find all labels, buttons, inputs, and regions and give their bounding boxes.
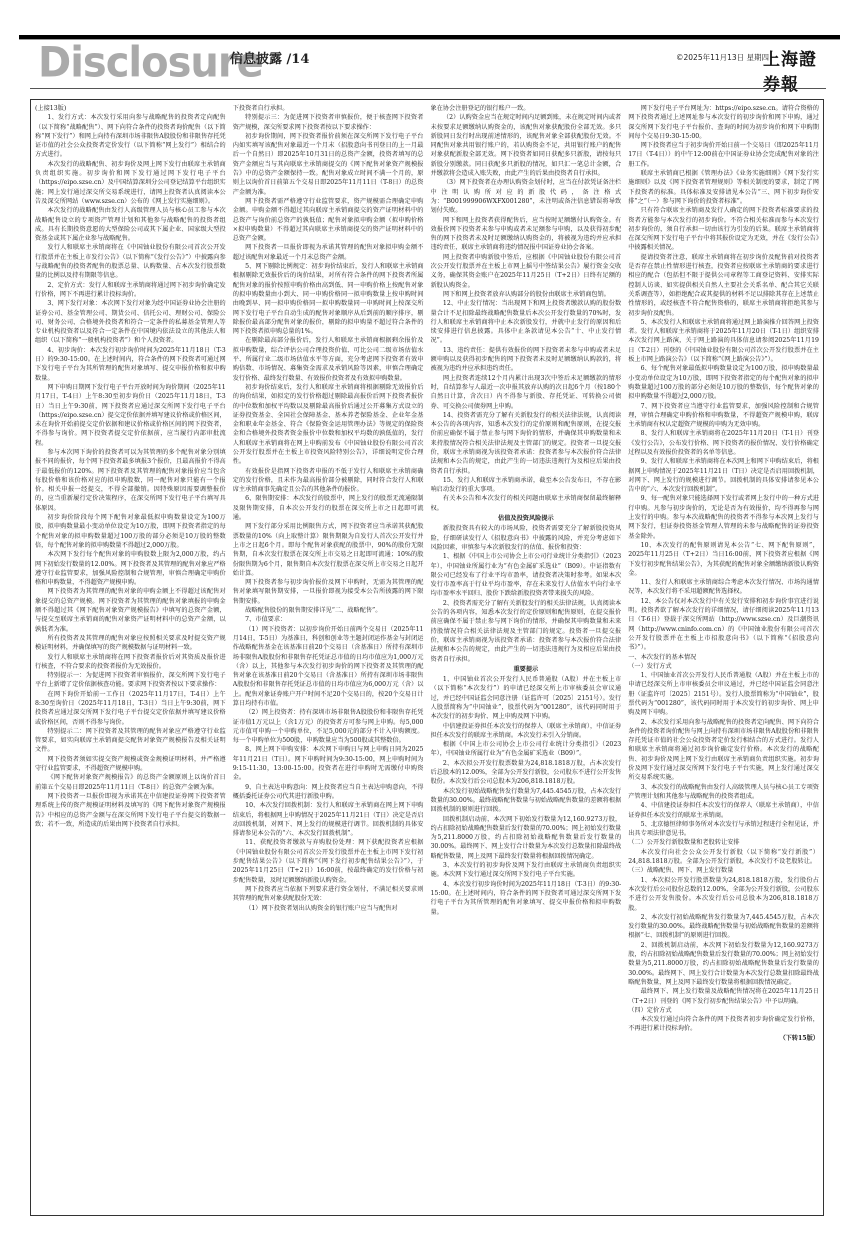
- body-paragraph: 在网下询价开始前一工作日（2025年11月17日，T-4日）上午8:30至询价日…: [35, 690, 226, 727]
- body-paragraph: 中信建投证券担任本次发行的保荐人（联席主承销商），中信证券担任本次发行的联席主承…: [431, 722, 622, 741]
- body-paragraph: 网下发行部分采用比例限售方式，网下投资者应当承诺其获配股票数量的10%（向上取整…: [233, 522, 424, 578]
- subheading-paragraph: (上接13版): [35, 104, 226, 113]
- body-paragraph: 本次网下发行每个配售对象的申购股数上限为2,000万股，约占网下初始发行数量的1…: [35, 550, 226, 587]
- body-paragraph: 11、发行人和联席主承销商综合考虑本次发行情况、市场沟通情况等，本次发行将不采用…: [628, 578, 819, 597]
- subheading-paragraph: （一）发行方式: [628, 662, 819, 671]
- body-paragraph: 5、网下剔除比例规定：初步询价结束后，发行人和联席主承销商根据剔除无效报价后的询…: [233, 262, 424, 336]
- body-paragraph: 只有符合联席主承销商及发行人确定的网下投资者标准要求的投资者方能参与本次发行的初…: [628, 206, 819, 252]
- body-paragraph: 8、网上网下申购安排：本次网下申购日与网上申购日同为2025年11月21日（T日…: [233, 745, 424, 782]
- body-paragraph: 15、发行人和联席主承销商承诺，截至本公告发布日，不存在影响启动发行的重大事项。: [431, 476, 622, 495]
- body-paragraph: 2、定价方式：发行人和联席主承销商将通过网下初步询价确定发行价格，网下不再进行累…: [35, 281, 226, 300]
- body-paragraph: 5、北京德恒律师事务所对本次发行与承销过程进行全程见证，并出具专项法律意见书。: [628, 820, 819, 839]
- subheading-paragraph: 一、本次发行的基本情况: [628, 653, 819, 662]
- body-paragraph: 5、本次发行人和联席主承销商将通过网上路演推介回答网上投资者。发行人和联席主承销…: [628, 318, 819, 364]
- body-paragraph: 10、本次发行的配售原则请见本公告“七、网下配售原则”，2025年11月25日（…: [628, 541, 819, 578]
- body-paragraph: 网下和网上投资者放弃认购部分的股份由联席主承销商包销。: [431, 290, 622, 299]
- body-paragraph: 4、初步询价：本次发行初步询价时间为2025年11月18日（T-3日）的9:30…: [35, 346, 226, 383]
- section-label: 信息披露 /14: [230, 48, 309, 67]
- body-paragraph: 本次发行向社会公众公开发行新股（以下简称“发行新股”）24,818.1818万股…: [628, 848, 819, 867]
- column-2: 下投资者自行承担。特别提示三：为促进网下投资者审慎报价，便于核查网下投资者资产规…: [233, 104, 424, 1211]
- body-paragraph: 初步询价期间，网下投资者报价前须在深交所网下发行电子平台内如实填写该配售对象最近…: [233, 132, 424, 197]
- body-paragraph: 7、网下投资者应当遵守行业监管要求，加强风险控制和合规管理，审慎合理确定申购价格…: [628, 402, 819, 430]
- body-paragraph: 特别提示二：网下投资者及其管理的配售对象应严格遵守行业监管要求，如实向联席主承销…: [35, 727, 226, 755]
- body-paragraph: 1、发行方式：本次发行采用向参与战略配售的投资者定向配售（以下简称“战略配售”）…: [35, 113, 226, 159]
- body-paragraph: 7、市值要求：: [233, 615, 424, 624]
- issue-date: ©2025年11月13日 星期四: [676, 52, 769, 63]
- body-paragraph: 《网下配售对象资产规模报告》的总资产金额原则上以询价首日前第五个交易日即2025…: [35, 773, 226, 792]
- body-paragraph: 12、中止发行情况：当出现网下和网上投资者缴款认购的股份数量合计不足扣除最终战略…: [431, 299, 622, 345]
- column-3: 象在协会注册登记的银行账户一致。（2）认购资金应当在规定时间内足额到账，未在规定…: [431, 104, 622, 1211]
- announcement-frame: (上接13版)1、发行方式：本次发行采用向参与战略配售的投资者定向配售（以下简称…: [30, 99, 824, 1216]
- subheading-paragraph: （四）定价方式: [628, 1006, 819, 1015]
- masthead-rule: [30, 88, 826, 89]
- subheading-paragraph: 象在协会注册登记的银行账户一致。: [431, 104, 622, 113]
- body-paragraph: 有效报价是指网下投资者申报的不低于发行人和联席主承销商确定的发行价格，且未作为最…: [233, 467, 424, 495]
- body-paragraph: 最终网下、网上发行数量及战略配售情况将在2025年11月25日（T+2日）刊登的…: [628, 987, 819, 1006]
- body-paragraph: 在剔除最高部分报价后，发行人和联席主承销商根据剩余报价及拟申购数量，综合评估公司…: [233, 336, 424, 382]
- body-paragraph: 联席主承销商已根据《管理办法》《业务实施细则》《网下发行实施细则》以及《网下投资…: [628, 169, 819, 206]
- body-paragraph: 1、中国铀业首次公开发行人民币普通股（A股）并在主板上市的申请已经深交所上市审核…: [628, 671, 819, 717]
- body-paragraph: 13、违约责任：提供有效报价的网下投资者未参与申购或者未足额申购以及获得初步配售…: [431, 346, 622, 374]
- subheading-paragraph: （二）公开发行新股数量和老股转让安排: [628, 838, 819, 847]
- body-paragraph: 网下投资者为其管理的配售对象的申购金额上不得超过该配售对象提交的总资产规模。网下…: [35, 587, 226, 633]
- body-paragraph: 2、本次发行采用向参与战略配售的投资者定向配售、网下向符合条件的投资者询价配售与…: [628, 718, 819, 783]
- body-paragraph: 9、发行人和联席主承销商将在本次网上和网下申购结束后，将根据网上申购情况于202…: [628, 457, 819, 494]
- body-paragraph: 1、根据《中国上市公司协会上市公司行业统计分类指引》（2023年），中国铀业所属…: [431, 552, 622, 598]
- body-paragraph: 9、每一配售对象只能选择网下发行或者网上发行中的一种方式进行申购。凡参与初步询价…: [628, 494, 819, 540]
- body-paragraph: 本次发行通过向符合条件的网下投资者初步询价确定发行价格，不再进行累计投标询价。: [628, 1015, 819, 1034]
- body-paragraph: 提请投资者注意，联席主承销商将在初步询价及配售前对投资者是否存在禁止性情形进行核…: [628, 253, 819, 318]
- body-paragraph: 网下投资者应当于初步询价开始日前一个交易日（即2025年11月17日（T-4日）…: [628, 141, 819, 169]
- body-paragraph: 3、网下发行对象：本次网下发行对象为经中国证券业协会注册的证券公司、基金管理公司…: [35, 299, 226, 345]
- body-paragraph: 战略配售股份的限售期安排详见“二、战略配售”。: [233, 606, 424, 615]
- body-paragraph: 本次发行初始战略配售发行数量为7,445.4545万股，占本次发行数量的30.0…: [431, 787, 622, 815]
- column-1: (上接13版)1、发行方式：本次发行采用向参与战略配售的投资者定向配售（以下简称…: [35, 104, 226, 1211]
- body-paragraph: 根据《中国上市公司协会上市公司行业统计分类指引》（2023年），中国铀业所属行业…: [431, 740, 622, 759]
- body-paragraph: 8、发行人和联席主承销商将在2025年11月20日（T-1日）刊登《发行公告》，…: [628, 429, 819, 457]
- subheading-paragraph: 下投资者自行承担。: [233, 104, 424, 113]
- body-paragraph: 11、获配投资者缴款与弃购股份处理：网下获配投资者应根据《中国铀业股份有限公司首…: [233, 838, 424, 884]
- body-paragraph: 2、本次拟公开发行股票数量为24,818.1818万股，占本次发行后总股本的12…: [431, 759, 622, 787]
- body-paragraph: 有关本公告和本次发行的相关问题由联席主承销商保留最终解释权。: [431, 494, 622, 513]
- body-paragraph: 发行人和联席主承销商将在《中国铀业股份有限公司首次公开发行股票并在主板上市发行公…: [35, 243, 226, 280]
- body-paragraph: 网上投资者连续12个月内累计出现3次中签后未足额缴款的情形时，自结算参与人最近一…: [431, 374, 622, 411]
- body-paragraph: 初步询价阶段每个网下配售对象最低拟申购数量设定为100万股，拟申购数量最小变动单…: [35, 513, 226, 550]
- body-paragraph: （3）网下投资者在办理认购资金划付时，应当在付款凭证备注栏中注明认购所对应的新股…: [431, 178, 622, 215]
- body-paragraph: 回拨机制启动前，本次网下初始发行数量为12,160.9273万股，约占扣除初始战…: [431, 815, 622, 861]
- section-heading: 估值及投资风险提示: [431, 514, 622, 523]
- body-paragraph: 初步询价结束后，发行人和联席主承销商将根据剔除无效报价后的询价结果，如拟定的发行…: [233, 383, 424, 467]
- body-paragraph: 网下申购日期网下发行电子平台开放时间为询价期间（2025年11月17日，T-4日…: [35, 383, 226, 448]
- column-4: 网下发行电子平台网址为：https://eipo.szse.cn。请符合资格的网…: [628, 104, 819, 1211]
- section-heading: 重要提示: [431, 665, 622, 674]
- body-paragraph: 特别提示一：为促进网下投资者审慎报价，深交所网下发行电子平台上新增了定价依据核查…: [35, 671, 226, 690]
- body-paragraph: 3、本次发行的初步询价及网下发行由联席主承销商负责组织实施。本次网下发行通过深交…: [431, 861, 622, 880]
- body-paragraph: （1）网下投资者：以初步询价开始日前两个交易日（2025年11月14日，T-5日…: [233, 625, 424, 709]
- body-paragraph: 特别提示三：为促进网下投资者审慎报价，便于核查网下投资者资产规模，深交所要求网下…: [233, 113, 424, 132]
- continued-on-tag: （下转15版）: [628, 1034, 819, 1043]
- body-paragraph: 1、中国铀业首次公开发行人民币普通股（A股）并在主板上市（以下简称“本次发行”）…: [431, 675, 622, 721]
- body-paragraph: 2、投资者需充分了解有关新股发行的相关法律法规，认真阅读本公告的各项内容，知悉本…: [431, 599, 622, 664]
- body-paragraph: 发行人和联席主承销商将在网下投资者报价后对其资质及报价进行核查，不符合要求的投资…: [35, 653, 226, 672]
- body-paragraph: 网下投资者应当依据下列要求进行资金划付，不满足相关要求则其管理的配售对象获配股份…: [233, 885, 424, 904]
- body-paragraph: 4、中信建投证券担任本次发行的保荐人（联席主承销商），中信证券担任本次发行的联席…: [628, 801, 819, 820]
- body-paragraph: 网下投资者参与初步询价报价及网下申购时，无需为其管理的配售对象填写限售期安排，一…: [233, 578, 424, 606]
- body-paragraph: （1）网下投资者划出认购资金的银行账户应当与配售对: [233, 904, 424, 913]
- subheading-paragraph: （三）战略配售、网下、网上发行数量: [628, 866, 819, 875]
- body-paragraph: 9、自主表达申购意向：网上投资者应当自主表达申购意向，不得概括委托证券公司代其进…: [233, 783, 424, 802]
- body-paragraph: 网下投资者一旦报价即视为承诺其在中信建投证券网下投资者管理系统上传的资产规模证明…: [35, 792, 226, 829]
- body-paragraph: 网下投资者需严格遵守行业监管要求，资产规模需合理确定申购金额。申购金额不得超过其…: [233, 197, 424, 243]
- body-paragraph: 10、本次发行回拨机制：发行人和联席主承销商在网上网下申购结束后，将根据网上申购…: [233, 801, 424, 838]
- body-paragraph: 2、回拨机制启动前，本次网下初始发行数量为12,160.9273万股，约占扣除初…: [628, 941, 819, 987]
- body-paragraph: 6、限售期安排：本次发行的股票中，网上发行的股票无流通限制及限售期安排，自本次公…: [233, 494, 424, 522]
- body-paragraph: 所有投资者及其管理的配售对象应按照相关要求及时提交资产规模证明材料，并确保填写的…: [35, 634, 226, 653]
- body-paragraph: 网下发行电子平台网址为：https://eipo.szse.cn。请符合资格的网…: [628, 104, 819, 141]
- columns: (上接13版)1、发行方式：本次发行采用向参与战略配售的投资者定向配售（以下简称…: [35, 104, 819, 1211]
- body-paragraph: 网下投资者须如实提交资产规模或资金规模证明材料，并严格遵守行业监管要求，不得超资…: [35, 755, 226, 774]
- body-paragraph: 本次发行的战略配售、初步询价及网上网下发行由联席主承销商负责组织实施。初步询价和…: [35, 160, 226, 206]
- body-paragraph: 参与本次网下询价的投资者可以为其管理的多个配售对象分别填报不同的报价，每个网下投…: [35, 448, 226, 513]
- body-paragraph: 14、投资者需充分了解有关新股发行的相关法律法规，认真阅读本公告的各项内容，知悉…: [431, 411, 622, 476]
- body-paragraph: 12、本公告仅对本次发行中有关发行安排和初步询价事宜进行说明。投资者欲了解本次发…: [628, 597, 819, 653]
- body-paragraph: 6、每个配售对象最低拟申购数量设定为100万股，拟申购数量最小变动单位设定为10…: [628, 364, 819, 401]
- body-paragraph: 网上投资者申购新股中签后，应根据《中国铀业股份有限公司首次公开发行股票并在主板上…: [431, 253, 622, 290]
- body-paragraph: 网下投资者一旦报价即视为承诺其管理的配售对象拟申购金额不超过该配售对象最近一个月…: [233, 243, 424, 262]
- body-paragraph: 3、本次发行的战略配售由发行人高级管理人员与核心员工专项资产管理计划和其他参与战…: [628, 783, 819, 802]
- body-paragraph: 新股投资具有较大的市场风险，投资者需要充分了解新股投资风险，仔细研读发行人《招股…: [431, 524, 622, 552]
- body-paragraph: 本次发行的战略配售由发行人高级管理人员与核心员工参与本次战略配售设立的专项资产管…: [35, 206, 226, 243]
- body-paragraph: （2）网上投资者：持有深圳市场非限售A股股份和非限售存托凭证市值1万元以上（含1…: [233, 708, 424, 745]
- body-paragraph: 2、本次发行初始战略配售发行数量为7,445.4545万股，占本次发行数量的30…: [628, 913, 819, 941]
- body-paragraph: 1、本次拟公开发行股票数量为24,818.1818万股，发行股份占本次发行后公司…: [628, 876, 819, 913]
- body-paragraph: （2）认购资金应当在规定时间内足额到账，未在规定时间内或者未按要求足额缴纳认购资…: [431, 113, 622, 178]
- body-paragraph: 网下和网上投资者获得配售后，应当按时足额缴付认购资金。有效报价网下投资者未参与申…: [431, 216, 622, 253]
- masthead: Disclosure 信息披露 /14 ©2025年11月13日 星期四 上海證…: [30, 46, 830, 80]
- body-paragraph: 4、本次发行初步询价时间为2025年11月18日（T-3日）的9:30-15:0…: [431, 880, 622, 917]
